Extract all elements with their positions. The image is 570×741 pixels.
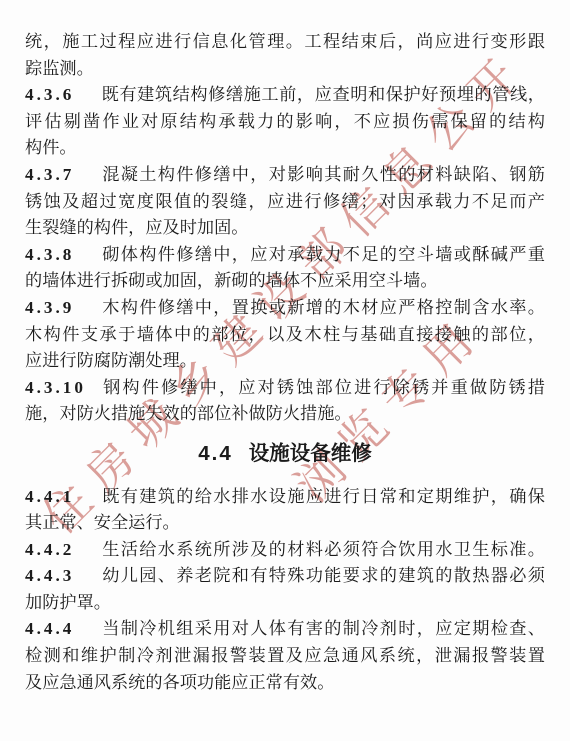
clause-text: 木构件支承于墙体中的部位，以及木柱与基础直接接触的部位，: [25, 325, 545, 344]
clause-text: 应进行防腐防潮处理。: [25, 351, 197, 370]
clause-text: 既有建筑的给水排水设施应进行日常和定期维护，确保: [101, 487, 545, 506]
clause-line: 4.3.7混凝土构件修缮中，对影响其耐久性的材料缺陷、钢筋: [25, 162, 545, 189]
text-line: 其正常、安全运行。: [25, 510, 545, 537]
text-line: 的墙体进行拆砌或加固，新砌的墙体不应采用空斗墙。: [25, 268, 545, 295]
clause-text: 混凝土构件修缮中，对影响其耐久性的材料缺陷、钢筋: [101, 165, 545, 184]
text-line: 踪监测。: [25, 56, 545, 83]
text-line: 加防护罩。: [25, 590, 545, 617]
clause-text: 加防护罩。: [25, 593, 111, 612]
clause-text: 及应急通风系统的各项功能应正常有效。: [25, 673, 334, 692]
section-number: 4.4: [198, 442, 233, 465]
text-line: 统，施工过程应进行信息化管理。工程结束后，尚应进行变形跟: [25, 29, 545, 56]
clause-text: 踪监测。: [25, 59, 94, 78]
clause-text: 锈蚀及超过宽度限值的裂缝，应进行修缮；对因承载力不足而产: [25, 192, 545, 211]
clause-line: 4.4.2生活给水系统所涉及的材料必须符合饮用水卫生标准。: [25, 537, 545, 564]
clause-text: 检测和维护制冷剂泄漏报警装置及应急通风系统，泄漏报警装置: [25, 646, 545, 665]
clause-number: 4.3.10: [25, 375, 101, 402]
text-line: 及应急通风系统的各项功能应正常有效。: [25, 670, 545, 697]
text-line: 木构件支承于墙体中的部位，以及木柱与基础直接接触的部位，: [25, 322, 545, 349]
clause-text: 生活给水系统所涉及的材料必须符合饮用水卫生标准。: [101, 540, 545, 559]
clause-text: 评估剔凿作业对原结构承载力的影响，不应损伤需保留的结构: [25, 112, 545, 131]
text-line: 锈蚀及超过宽度限值的裂缝，应进行修缮；对因承载力不足而产: [25, 189, 545, 216]
text-line: 检测和维护制冷剂泄漏报警装置及应急通风系统，泄漏报警装置: [25, 643, 545, 670]
clause-number: 4.4.3: [25, 563, 101, 590]
clause-line: 4.3.9木构件修缮中，置换或新增的木材应严格控制含水率。: [25, 295, 545, 322]
text-line: 评估剔凿作业对原结构承载力的影响，不应损伤需保留的结构: [25, 109, 545, 136]
clause-number: 4.4.4: [25, 616, 101, 643]
clause-text: 幼儿园、养老院和有特殊功能要求的建筑的散热器必须: [101, 566, 545, 585]
clause-text: 木构件修缮中，置换或新增的木材应严格控制含水率。: [101, 298, 545, 317]
clause-text: 既有建筑结构修缮施工前，应查明和保护好预埋的管线，: [101, 85, 545, 104]
text-line: 施，对防火措施失效的部位补做防火措施。: [25, 401, 545, 428]
clause-number: 4.3.9: [25, 295, 101, 322]
clause-line: 4.4.3幼儿园、养老院和有特殊功能要求的建筑的散热器必须: [25, 563, 545, 590]
clause-number: 4.3.6: [25, 82, 101, 109]
clause-line: 4.3.8砌体构件修缮中，应对承载力不足的空斗墙或酥碱严重: [25, 242, 545, 269]
clause-number: 4.4.2: [25, 537, 101, 564]
section-title: 设施设备维修: [249, 442, 372, 465]
clause-text: 的墙体进行拆砌或加固，新砌的墙体不应采用空斗墙。: [25, 271, 438, 290]
clause-line: 4.4.1既有建筑的给水排水设施应进行日常和定期维护，确保: [25, 484, 545, 511]
clause-line: 4.3.6既有建筑结构修缮施工前，应查明和保护好预埋的管线，: [25, 82, 545, 109]
clause-line: 4.3.10钢构件修缮中，应对锈蚀部位进行除锈并重做防锈措: [25, 375, 545, 402]
clause-text: 钢构件修缮中，应对锈蚀部位进行除锈并重做防锈措: [101, 378, 545, 397]
clause-text: 统，施工过程应进行信息化管理。工程结束后，尚应进行变形跟: [25, 32, 545, 51]
text-line: 构件。: [25, 135, 545, 162]
text-line: 应进行防腐防潮处理。: [25, 348, 545, 375]
clause-number: 4.3.7: [25, 162, 101, 189]
text-line: 生裂缝的构件，应及时加固。: [25, 215, 545, 242]
clause-text: 构件。: [25, 138, 77, 157]
clause-text: 生裂缝的构件，应及时加固。: [25, 218, 248, 237]
clause-line: 4.4.4当制冷机组采用对人体有害的制冷剂时，应定期检查、: [25, 616, 545, 643]
clause-text: 其正常、安全运行。: [25, 513, 180, 532]
clause-number: 4.3.8: [25, 242, 101, 269]
document-page: 住房城乡建设部信息公开 浏览专用 统，施工过程应进行信息化管理。工程结束后，尚应…: [0, 0, 570, 741]
document-content: 统，施工过程应进行信息化管理。工程结束后，尚应进行变形跟踪监测。4.3.6既有建…: [25, 29, 545, 696]
clause-text: 当制冷机组采用对人体有害的制冷剂时，应定期检查、: [101, 619, 545, 638]
clause-text: 砌体构件修缮中，应对承载力不足的空斗墙或酥碱严重: [101, 245, 545, 264]
section-heading: 4.4设施设备维修: [25, 441, 545, 468]
clause-number: 4.4.1: [25, 484, 101, 511]
clause-text: 施，对防火措施失效的部位补做防火措施。: [25, 404, 352, 423]
